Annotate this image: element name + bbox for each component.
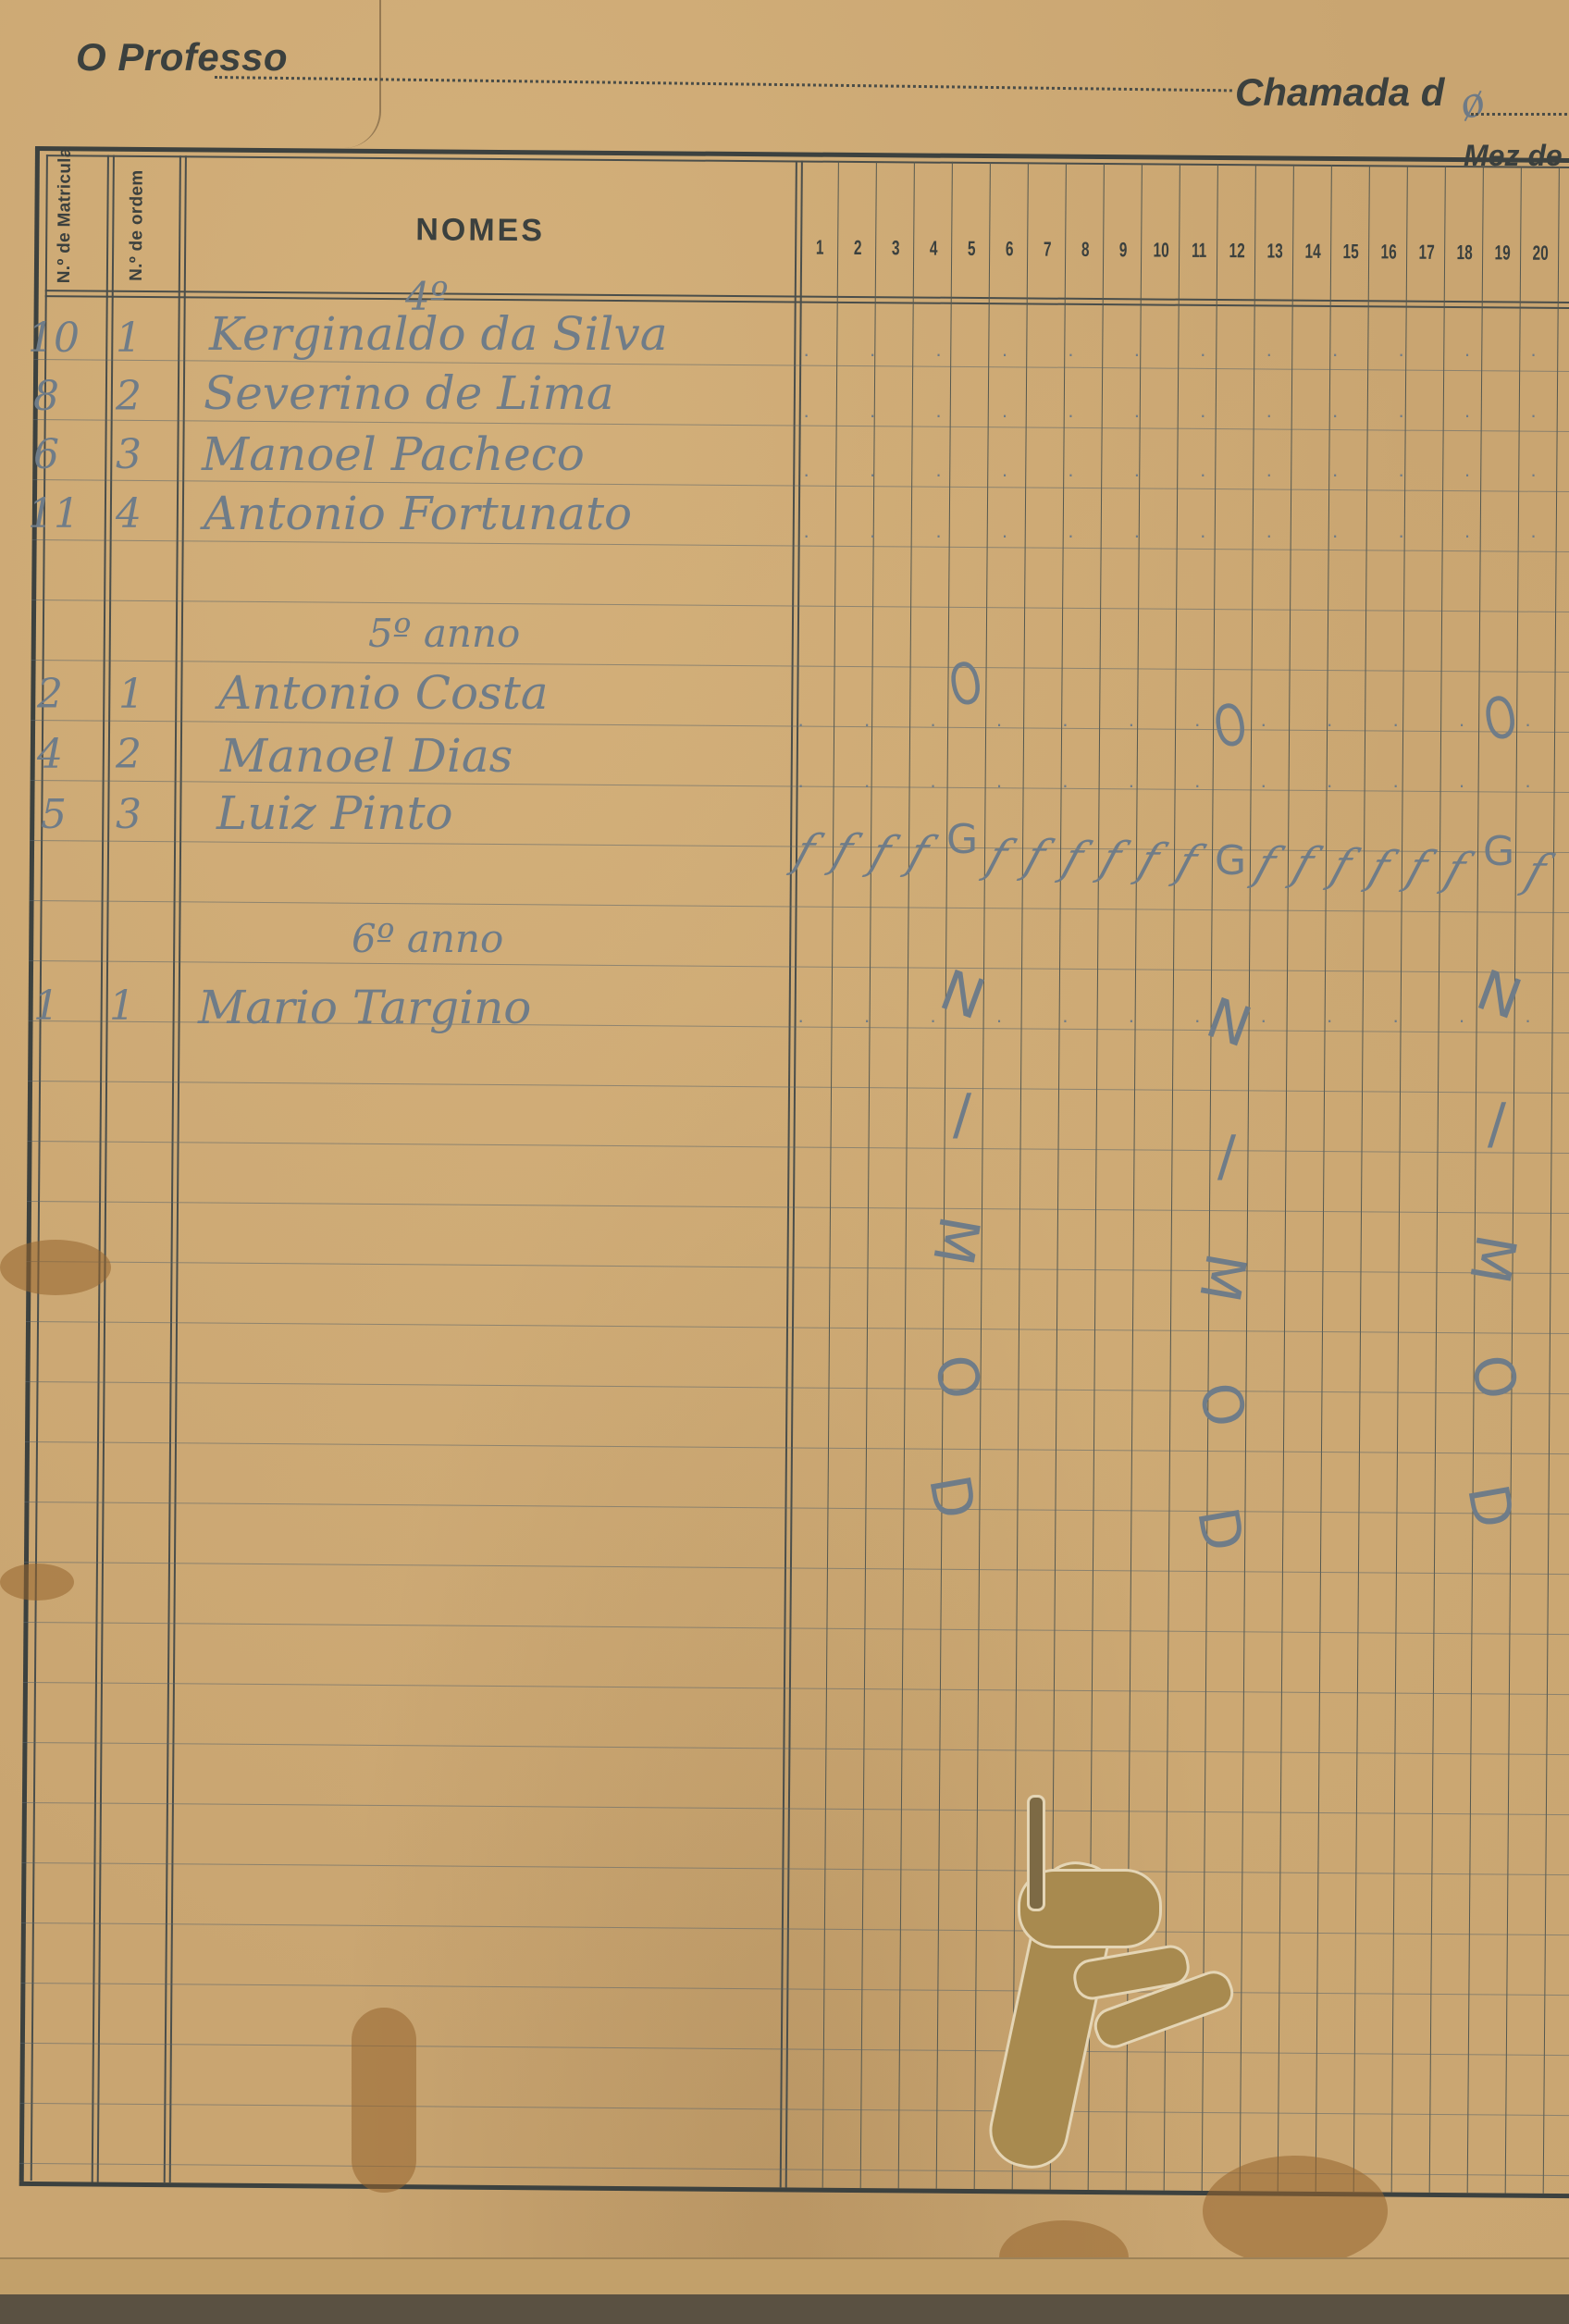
matricula-header: N.º de Matricula	[55, 147, 76, 283]
day-header-7: 7	[1034, 237, 1060, 261]
row-line	[23, 1682, 1569, 1695]
ordem-cell: 1	[116, 315, 142, 362]
ordem-cell: 2	[116, 731, 142, 778]
day-header-6: 6	[996, 237, 1022, 261]
row-line	[23, 1622, 1569, 1635]
sunday-letter-i: /	[1478, 1092, 1515, 1156]
ordem-cell: 3	[116, 791, 142, 838]
sunday-g-mark: G	[944, 816, 981, 863]
day-header-18: 18	[1452, 241, 1477, 265]
row-line	[27, 1261, 1569, 1274]
row-line	[21, 1862, 1569, 1875]
row-line	[29, 960, 1569, 973]
day-header-8: 8	[1072, 238, 1098, 262]
matricula-cell: 10	[28, 315, 80, 362]
row-line	[19, 2103, 1569, 2116]
ordem-cell: 2	[116, 373, 142, 420]
sunday-g-mark: G	[1480, 828, 1517, 875]
day-header-14: 14	[1300, 240, 1326, 264]
page-bottom-edge	[0, 2294, 1569, 2324]
student-name: Manoel Pacheco	[202, 427, 585, 481]
attendance-row-severino: · · · · · · · · · · · · · · · · ·	[803, 403, 1569, 427]
row-line	[25, 1441, 1569, 1454]
group-label-5-anno: 5º anno	[368, 611, 520, 656]
ordem-cell: 4	[116, 490, 142, 538]
day-header-3: 3	[883, 236, 908, 260]
matricula-cell: 2	[37, 671, 63, 718]
row-line	[24, 1502, 1569, 1514]
day-header-10: 10	[1148, 238, 1174, 262]
attendance-row-manoel-dias: · · · · · · · · · · · · · · · · ·	[797, 773, 1569, 797]
row-line	[28, 1141, 1569, 1154]
matricula-cell: 11	[28, 490, 80, 538]
ordem-cell: 3	[116, 431, 142, 478]
matricula-cell: 1	[33, 983, 59, 1030]
group-label-6-anno: 6º anno	[352, 916, 503, 961]
sunday-letter-i: /	[1208, 1124, 1245, 1189]
rust-stain	[0, 1240, 111, 1295]
student-name: Antonio Fortunato	[204, 487, 632, 540]
matricula-cell: 8	[33, 373, 59, 420]
day-header-12: 12	[1224, 239, 1250, 263]
attendance-row-antonio-fortunato: · · · · · · · · · · · · · · · · ·	[803, 524, 1569, 548]
student-name: Manoel Dias	[220, 729, 513, 783]
student-name: Antonio Costa	[218, 666, 549, 720]
student-name: Mario Targino	[198, 981, 531, 1034]
day-header-5: 5	[958, 237, 984, 261]
paper-tear	[296, 0, 381, 148]
matricula-cell: 5	[41, 791, 67, 838]
rust-stain	[1203, 2156, 1388, 2267]
day-header-1: 1	[807, 236, 833, 260]
rust-stain	[0, 1564, 74, 1601]
row-line	[31, 600, 1569, 612]
row-line	[24, 1562, 1569, 1575]
day-header-9: 9	[1110, 238, 1136, 262]
attendance-row-mario-targino: · · · · · · · · · · · · · · · · ·	[797, 1008, 1569, 1032]
attendance-row-kerginaldo: · · · · · · · · · · · · · · · · ·	[803, 342, 1569, 366]
chamada-label: Chamada d	[1235, 70, 1444, 115]
day-header-4: 4	[920, 237, 946, 261]
student-name: Severino de Lima	[204, 366, 614, 420]
ordem-cell: 1	[109, 983, 135, 1030]
row-line	[28, 1081, 1569, 1094]
professor-label: O Professo	[76, 35, 288, 80]
day-header-16: 16	[1376, 240, 1402, 264]
row-line	[26, 1321, 1569, 1334]
insect-damage	[1027, 1795, 1045, 1911]
page-bottom-margin	[0, 2257, 1569, 2296]
chamada-dotted-line	[1471, 113, 1569, 116]
matricula-cell: 4	[37, 731, 63, 778]
day-header-2: 2	[845, 236, 871, 260]
row-line	[20, 2043, 1569, 2056]
day-header-17: 17	[1414, 241, 1439, 265]
row-line	[22, 1742, 1569, 1755]
day-header-11: 11	[1186, 239, 1212, 263]
row-line	[20, 1983, 1569, 1996]
ordem-header: N.º de ordem	[127, 169, 148, 281]
day-header-20: 20	[1527, 241, 1553, 266]
row-line	[30, 900, 1569, 913]
student-name: Kerginaldo da Silva	[209, 307, 668, 361]
ordem-cell: 1	[118, 671, 144, 718]
row-line	[27, 1201, 1569, 1214]
row-line	[22, 1802, 1569, 1815]
rust-stain	[352, 2008, 416, 2193]
attendance-row-manoel-pacheco: · · · · · · · · · · · · · · · · ·	[803, 463, 1569, 487]
row-line	[21, 1922, 1569, 1935]
day-header-13: 13	[1262, 239, 1288, 263]
day-header-15: 15	[1338, 240, 1364, 264]
nomes-header: NOMES	[415, 212, 545, 249]
row-line	[26, 1381, 1569, 1394]
day-header-19: 19	[1489, 241, 1515, 265]
matricula-cell: 6	[33, 431, 59, 478]
student-name: Luiz Pinto	[216, 786, 453, 840]
attendance-row-antonio-costa: · · · · · · · · · · · · · · · · ·	[797, 712, 1569, 736]
sunday-letter-i: /	[944, 1082, 981, 1147]
chamada-handwritten-mark: ø	[1453, 77, 1491, 130]
